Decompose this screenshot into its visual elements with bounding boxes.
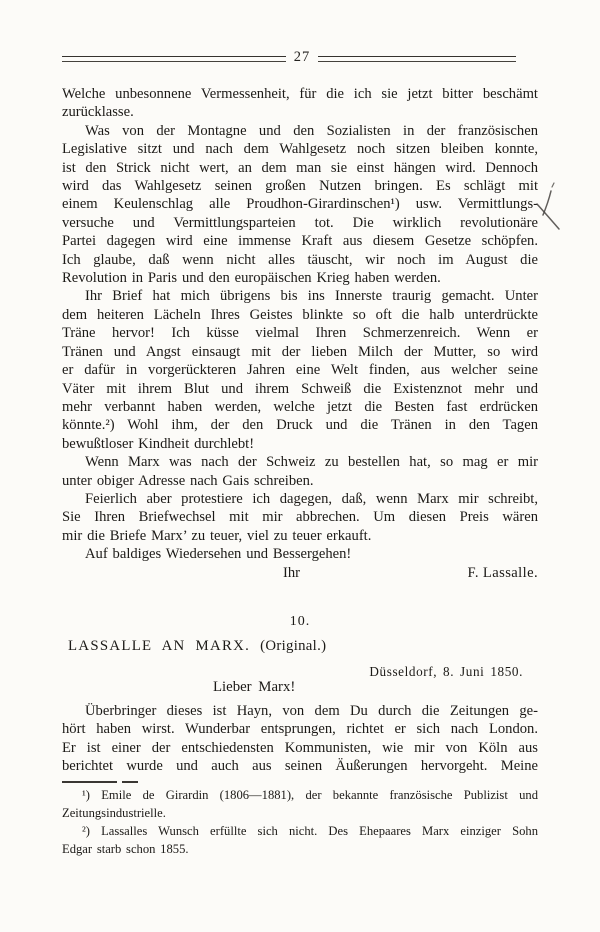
text-line: Feierlich aber protestiere ich dagegen, … [62, 490, 538, 508]
text-line: ²) Lassalles Wunsch erfüllte sich nicht.… [62, 822, 538, 840]
letter-heading-note: (Original.) [260, 638, 326, 654]
letter-paragraphs: Welche unbesonnene Vermessenheit, für di… [62, 85, 538, 564]
page-number: 27 [286, 50, 318, 64]
text-line: mehr verbannt haben werden, welche jetzt… [62, 398, 538, 416]
text-line: Er ist einer der entschiedensten Kommuni… [62, 739, 538, 757]
text-line: dem heiteren Lächeln Ihres Geistes blink… [62, 306, 538, 324]
text-line: bewußtloser Kindheit durchlebt! [62, 435, 538, 453]
text-line: Ich glaube, daß wenn nicht alles täuscht… [62, 251, 538, 269]
paragraph: Auf baldiges Wiedersehen und Bessergehen… [62, 545, 538, 563]
paragraph: Ihr Brief hat mich übrigens bis ins Inne… [62, 287, 538, 453]
dateline: Düsseldorf, 8. Juni 1850. [62, 664, 523, 680]
letter-body-end: Welche unbesonnene Vermessenheit, für di… [62, 85, 538, 582]
text-line: wird das Wahlgesetz seinen großen Nutzen… [62, 177, 538, 195]
text-line: einem Keulenschlag alle Proudhon-Girardi… [62, 195, 538, 213]
text-line: Sie Ihren Briefwechsel mit mir abbrechen… [62, 508, 538, 526]
text-line: Zeitungsindustrielle. [62, 804, 538, 822]
paragraph: Wenn Marx was nach der Schweiz zu bestel… [62, 453, 538, 490]
text-line: versuche und Vermittlungsparteien tot. D… [62, 214, 538, 232]
letter-heading: LASSALLE AN MARX.(Original.) [68, 638, 326, 655]
footnote-separator [62, 781, 138, 783]
text-line: Edgar starb schon 1855. [62, 840, 538, 858]
text-line: Welche unbesonnene Vermessenheit, für di… [62, 85, 538, 103]
text-line: könnte.²) Wohl ihm, der den Druck und di… [62, 416, 538, 434]
text-line: Auf baldiges Wiedersehen und Bessergehen… [62, 545, 538, 563]
paragraph: Was von der Montagne und den Sozialisten… [62, 122, 538, 288]
header-rule-left [62, 56, 286, 62]
text-line: Revolution in Paris und den europäischen… [62, 269, 538, 287]
letter-10-body: Überbringer dieses ist Hayn, von dem Du … [62, 702, 538, 776]
text-line: Väter mit ihrem Blut und ihrem Schweiß d… [62, 380, 538, 398]
book-page-scan: 27 Welche unbesonnene Vermessenheit, für… [0, 0, 600, 932]
signature-row: Ihr F. Lassalle. [62, 564, 538, 582]
paragraph: ¹) Emile de Girardin (1806—1881), der be… [62, 786, 538, 822]
text-line: ist den Strick nicht wert, an dem man si… [62, 159, 538, 177]
text-line: Träne hervor! Ich küsse vielmal Ihren Sc… [62, 324, 538, 342]
text-line: Legislative sitzt und nach dem Wahlgeset… [62, 140, 538, 158]
text-line: unter obiger Adresse nach Gais schreiben… [62, 472, 538, 490]
paragraph: Welche unbesonnene Vermessenheit, für di… [62, 85, 538, 122]
signature-name: F. Lassalle. [467, 564, 538, 582]
paragraph: ²) Lassalles Wunsch erfüllte sich nicht.… [62, 822, 538, 858]
paragraph: Überbringer dieses ist Hayn, von dem Du … [62, 702, 538, 776]
paragraph: Feierlich aber protestiere ich dagegen, … [62, 490, 538, 545]
page-header: 27 [62, 51, 538, 65]
text-line: Wenn Marx was nach der Schweiz zu bestel… [62, 453, 538, 471]
text-line: berichtet wurde und auch aus seinen Äuße… [62, 757, 538, 775]
header-rule-right [318, 56, 516, 62]
text-line: mir die Briefe Marx’ zu teuer, viel zu t… [62, 527, 538, 545]
footnote-list: ¹) Emile de Girardin (1806—1881), der be… [62, 786, 538, 858]
text-line: Was von der Montagne und den Sozialisten… [62, 122, 538, 140]
salutation: Lieber Marx! [213, 679, 295, 696]
text-line: er dafür in vorgerückteren Jahren eine W… [62, 361, 538, 379]
text-line: Ihr Brief hat mich übrigens bis ins Inne… [62, 287, 538, 305]
text-line: Partei dagegen wird eine immense Kraft a… [62, 232, 538, 250]
signature-closing: Ihr [283, 564, 300, 582]
letter-10-paragraphs: Überbringer dieses ist Hayn, von dem Du … [62, 702, 538, 776]
text-line: Tränen und Angst einsaugt mit der lieben… [62, 343, 538, 361]
pencil-x-mark-icon [533, 180, 571, 242]
text-line: hört haben wirst. Wunderbar entsprungen,… [62, 720, 538, 738]
footnotes: ¹) Emile de Girardin (1806—1881), der be… [62, 786, 538, 858]
text-line: ¹) Emile de Girardin (1806—1881), der be… [62, 786, 538, 804]
text-line: Überbringer dieses ist Hayn, von dem Du … [62, 702, 538, 720]
text-line: zurücklasse. [62, 103, 538, 121]
section-number: 10. [62, 614, 538, 630]
letter-heading-title: LASSALLE AN MARX. [68, 638, 250, 654]
